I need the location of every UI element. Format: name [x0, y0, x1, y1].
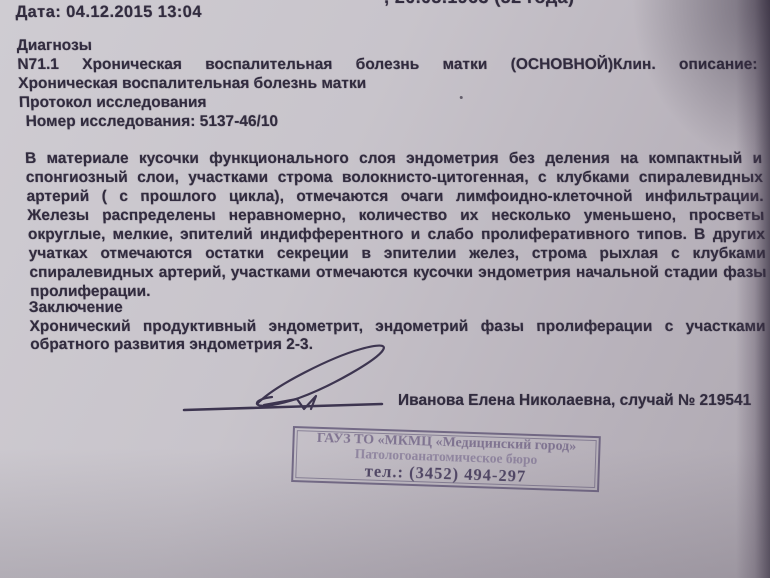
findings-line: артерий ( с прошлого цикла), отмечаются … — [26, 187, 764, 206]
diagnoses-title: Диагнозы — [16, 36, 757, 55]
protocol-title: Протокол исследования — [19, 93, 760, 112]
findings-line: спиралевидных артерий, участками отмечаю… — [29, 263, 767, 282]
findings-line: спонгиозный слои, участками строма волок… — [25, 168, 763, 187]
organization-stamp: ГАУЗ ТО «МКМЦ «Медицинский город» Патоло… — [291, 426, 601, 492]
findings-line: учатках отмечаются остатки секреции в эп… — [28, 244, 766, 263]
findings-line: В материале кусочки функционального слоя… — [25, 149, 763, 168]
diagnoses-block: Диагнозы N71.1 Хроническая воспалительна… — [16, 36, 760, 131]
conclusion-line: Хронический продуктивный эндометрит, энд… — [29, 318, 766, 337]
date-line: Дата: 04.12.2015 13:04 — [15, 3, 202, 22]
printed-text-layer: , 20.05.1963 (52 года) Дата: 04.12.2015 … — [0, 0, 770, 578]
signature-underline — [184, 404, 382, 410]
stamp-inner-border — [295, 430, 596, 488]
diagnosis-description-line: Хроническая воспалительная болезнь матки — [18, 74, 759, 93]
findings-line: округлые, мелкие, эпителий индифферентно… — [28, 225, 766, 244]
diagnosis-code-line: N71.1 Хроническая воспалительная болезнь… — [17, 55, 758, 74]
signature-loop — [257, 346, 384, 406]
ink-speck — [460, 96, 463, 99]
clipped-patient-line: , 20.05.1963 (52 года) — [384, 0, 575, 8]
study-number-line: Номер исследования: 5137-46/10 — [19, 112, 760, 131]
findings-line: Железы распределены неравномерно, количе… — [27, 206, 765, 225]
handwritten-signature — [180, 338, 420, 418]
findings-paragraph: В материале кусочки функционального слоя… — [25, 149, 768, 301]
pathologist-name-and-case: Иванова Елена Николаевна, случай № 21954… — [398, 392, 751, 410]
document-photo: , 20.05.1963 (52 года) Дата: 04.12.2015 … — [0, 0, 770, 578]
conclusion-title: Заключение — [28, 299, 765, 318]
